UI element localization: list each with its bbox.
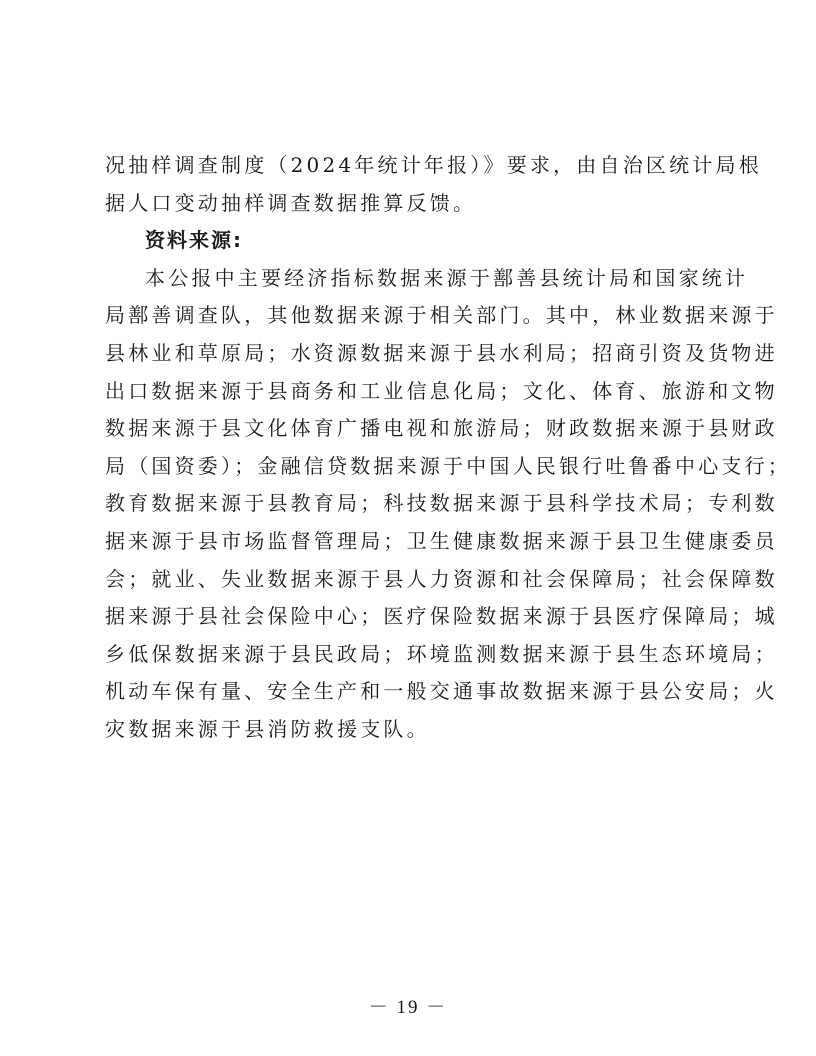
paragraph-line: 局鄯善调查队，其他数据来源于相关部门。其中，林业数据来源于	[105, 297, 717, 335]
paragraph-line: 会；就业、失业数据来源于县人力资源和社会保障局；社会保障数	[105, 561, 717, 599]
paragraph-line: 数据来源于县文化体育广播电视和旅游局；财政数据来源于县财政	[105, 410, 717, 448]
paragraph-line: 本公报中主要经济指标数据来源于鄯善县统计局和国家统计	[105, 260, 717, 298]
paragraph-line: 据来源于县市场监督管理局；卫生健康数据来源于县卫生健康委员	[105, 523, 717, 561]
page-number: － 19 －	[0, 992, 816, 1019]
paragraph-line: 县林业和草原局；水资源数据来源于县水利局；招商引资及货物进	[105, 335, 717, 373]
paragraph-line: 局（国资委）；金融信贷数据来源于中国人民银行吐鲁番中心支行；	[105, 448, 717, 486]
paragraph-line: 机动车保有量、安全生产和一般交通事故数据来源于县公安局；火	[105, 673, 717, 711]
paragraph-line: 据来源于县社会保险中心；医疗保险数据来源于县医疗保障局；城	[105, 598, 717, 636]
paragraph-line: 况抽样调查制度（2024年统计年报）》要求，由自治区统计局根	[105, 147, 717, 185]
paragraph-line: 据人口变动抽样调查数据推算反馈。	[105, 185, 717, 223]
paragraph-line: 出口数据来源于县商务和工业信息化局；文化、体育、旅游和文物	[105, 373, 717, 411]
paragraph-line: 乡低保数据来源于县民政局；环境监测数据来源于县生态环境局；	[105, 636, 717, 674]
document-page: 况抽样调查制度（2024年统计年报）》要求，由自治区统计局根 据人口变动抽样调查…	[105, 147, 717, 749]
section-heading: 资料来源:	[105, 222, 717, 260]
paragraph-line: 灾数据来源于县消防救援支队。	[105, 711, 717, 749]
paragraph-line: 教育数据来源于县教育局；科技数据来源于县科学技术局；专利数	[105, 485, 717, 523]
